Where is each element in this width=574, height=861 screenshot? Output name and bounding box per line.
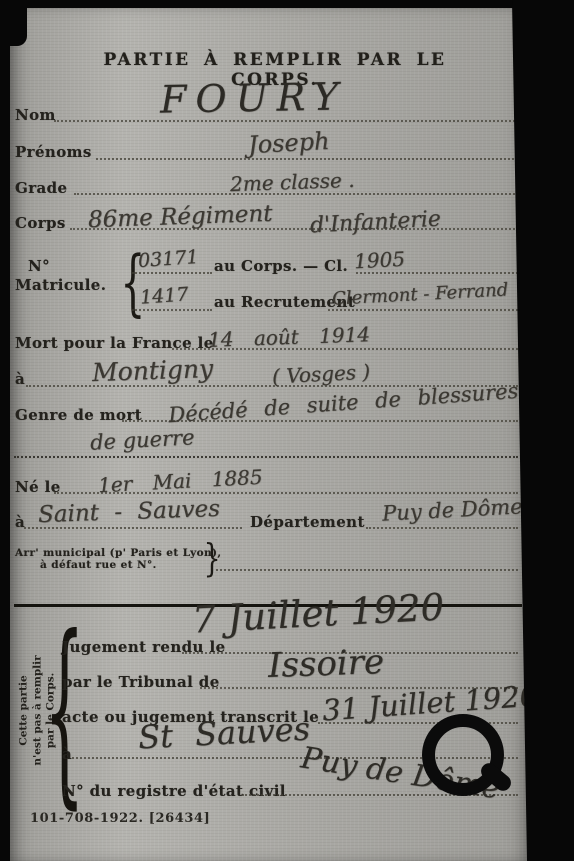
dotted-line-matricule-2a	[132, 309, 212, 311]
dotted-line-arrondissement	[216, 569, 518, 571]
form-reference-code: 101-708-1922. [26434]	[30, 811, 210, 826]
field-value-lieu-mort-dept: ( Vosges )	[271, 359, 370, 388]
field-value-recrutement-lieu: Clermont - Ferrand	[332, 279, 509, 309]
field-label-nom: Nom	[15, 106, 56, 124]
dotted-line-genre-2	[14, 456, 518, 458]
field-value-lieu-naissance: Saint - Sauves	[38, 496, 221, 528]
field-label-tribunal: par le Tribunal de	[62, 673, 220, 691]
field-label-registre: N° du registre d'état civil	[62, 782, 286, 800]
dotted-line-prenoms	[96, 158, 518, 160]
field-label-departement: Département	[250, 513, 365, 531]
dotted-line-departement	[366, 527, 518, 529]
scanned-military-death-record: { "page": { "header": "PARTIE À REMPLIR …	[0, 0, 574, 861]
dotted-line-matricule-1b	[356, 272, 518, 274]
field-value-matricule-recrutement: 1417	[139, 283, 189, 308]
field-value-lieu-mort: Montigny	[92, 354, 214, 387]
field-label-arrondissement-2: à défaut rue et N°.	[40, 559, 157, 571]
field-label-matricule-no: N°	[28, 257, 50, 275]
scan-border-left	[0, 0, 10, 861]
field-value-transcription-date: 31 Juillet 1920	[321, 679, 530, 728]
field-value-genre-2: de guerre	[89, 425, 195, 454]
field-label-lieu-mort: à	[15, 370, 25, 388]
field-label-grade: Grade	[15, 179, 67, 197]
field-label-lieu-transcription: à	[62, 745, 72, 763]
arrondissement-brace: }	[204, 539, 221, 577]
field-value-tribunal: Issoire	[267, 642, 384, 686]
field-label-arrondissement-1: Arr' municipal (p' Paris et Lyon),	[15, 547, 221, 559]
dotted-line-nom	[54, 120, 518, 122]
field-label-au-corps-cl: au Corps. — Cl.	[214, 257, 348, 275]
field-value-jugement-date: 7 Juillet 1920	[191, 585, 445, 641]
field-value-matricule-corps: 03171	[137, 246, 199, 272]
field-value-grade: 2me classe .	[230, 168, 355, 196]
field-value-classe: 1905	[353, 247, 405, 274]
field-value-prenoms: Joseph	[247, 127, 330, 159]
field-value-corps-arme: d'Infanterie	[309, 207, 441, 239]
field-value-nom: FOURY	[160, 74, 348, 121]
dotted-line-matricule-1a	[132, 272, 212, 274]
scan-corner-blotch	[0, 0, 27, 46]
dotted-line-matricule-2b	[328, 309, 518, 311]
field-value-lieu-transcription: St Sauves	[137, 710, 311, 757]
field-label-corps: Corps	[15, 214, 66, 232]
side-note-line-2: n'est pas à remplir	[31, 625, 45, 795]
side-note-line-1: Cette partie	[18, 625, 32, 795]
field-label-prenoms: Prénoms	[15, 143, 92, 161]
field-value-departement: Puy de Dôme	[381, 494, 523, 525]
field-label-matricule: Matricule.	[15, 276, 106, 294]
scan-border-top	[0, 0, 574, 8]
